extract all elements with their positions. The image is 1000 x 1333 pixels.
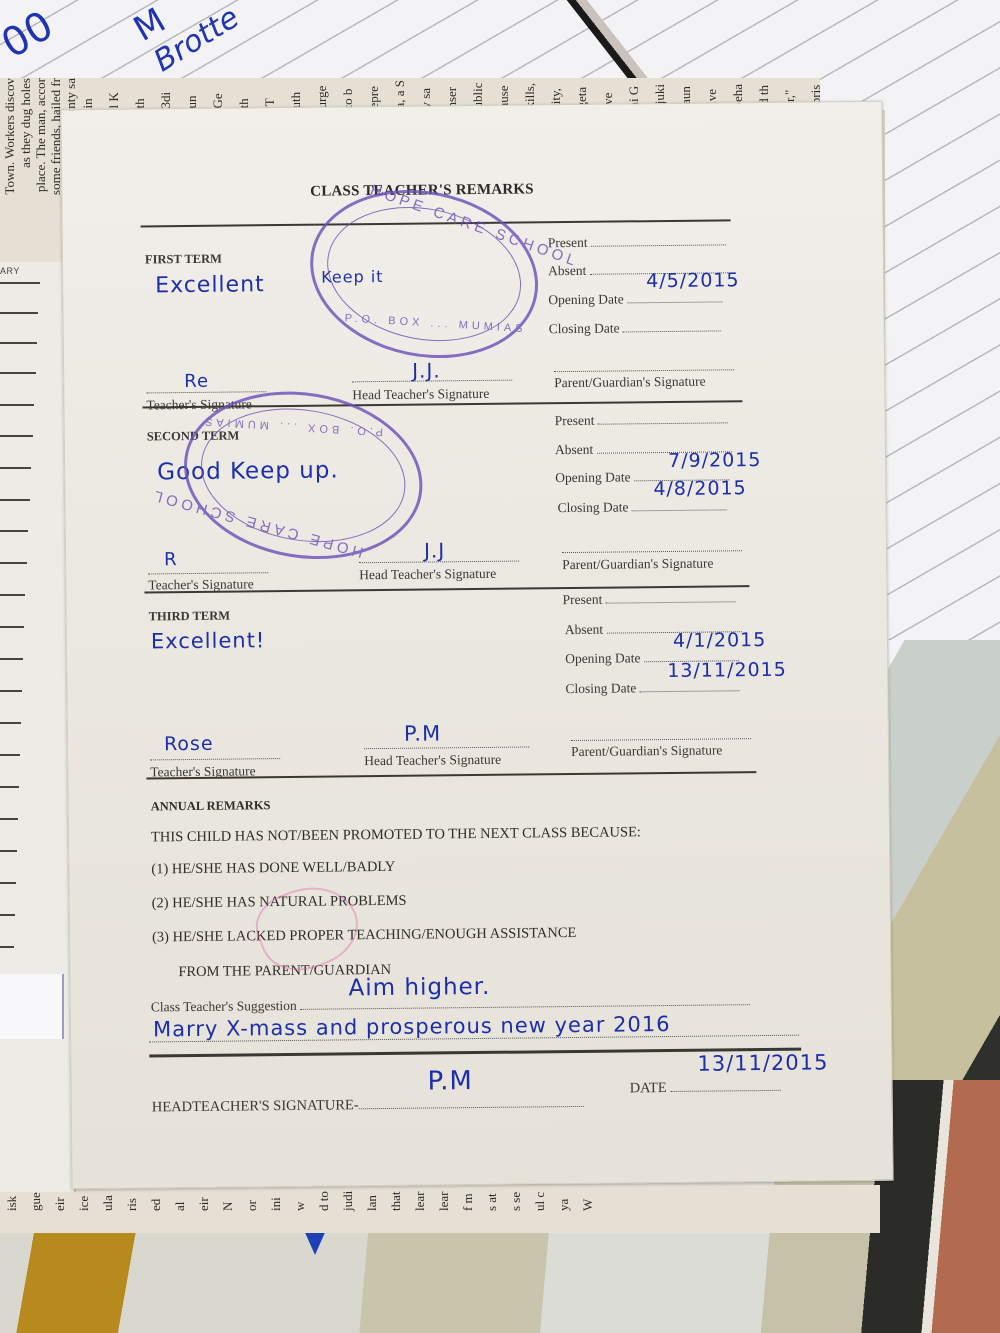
opening-date-value: 4/5/2015 — [646, 269, 740, 292]
rule-line — [0, 914, 15, 916]
date-label: DATE — [630, 1080, 667, 1096]
news-fragment: d to — [316, 1189, 332, 1211]
rule-line — [0, 850, 17, 852]
news-fragment: N — [220, 1189, 236, 1211]
term-label: THIRD TERM — [149, 609, 231, 625]
report-card-page: CLASS TEACHER'S REMARKS FIRST TERM Excel… — [60, 101, 893, 1190]
signature-line — [146, 391, 266, 393]
headteacher-signature-value: P.M — [427, 1066, 473, 1096]
rule-line — [0, 594, 25, 596]
rule-line — [0, 786, 19, 788]
rule-line — [0, 722, 21, 724]
news-fragment: ed — [148, 1189, 164, 1211]
suggestion-label: Class Teacher's Suggestion — [151, 998, 297, 1015]
news-fragment: un — [184, 80, 200, 109]
parent-signature-label: Parent/Guardian's Signature — [554, 374, 705, 392]
white-band — [0, 974, 64, 1039]
news-fragment: th — [236, 80, 252, 109]
term-label: FIRST TERM — [145, 252, 222, 268]
news-fragment: f m — [460, 1189, 476, 1211]
news-fragment: ula — [100, 1189, 116, 1211]
news-fragment: to b — [340, 80, 356, 109]
news-fragment: lan — [364, 1189, 380, 1211]
news-fragment: Ge — [210, 80, 226, 109]
present-field: Present — [562, 590, 735, 608]
date-value: 13/11/2015 — [697, 1050, 828, 1075]
news-fragment: lear — [412, 1189, 428, 1211]
rule-line — [0, 499, 30, 501]
rule-line — [0, 312, 38, 314]
present-value — [606, 590, 736, 603]
closing-date-label: Closing Date — [557, 499, 628, 515]
school-stamp: HOPE CARE SCHOOL P.O. BOX ... MUMIAS — [295, 170, 553, 377]
news-fragment: that — [388, 1189, 404, 1211]
parent-signature-label: Parent/Guardian's Signature — [562, 556, 713, 574]
head-teacher-signature-value: J.J. — [412, 358, 441, 382]
date-field: DATE — [630, 1079, 781, 1098]
news-fragment: ya — [556, 1189, 572, 1211]
news-fragment: ini — [268, 1189, 284, 1211]
news-fragment: 3di — [158, 80, 174, 109]
rule-line — [0, 690, 22, 692]
signature-line — [359, 561, 519, 564]
present-value — [598, 411, 728, 424]
present-label: Present — [562, 592, 602, 607]
news-fragment: a, a S — [392, 80, 408, 109]
teacher-signature-value: Rose — [164, 733, 214, 756]
signature-line — [148, 572, 268, 574]
rule-line — [0, 342, 37, 344]
headteacher-signature-dots — [359, 1095, 584, 1109]
parent-signature-label: Parent/Guardian's Signature — [571, 742, 722, 760]
news-fragment: s se — [508, 1189, 524, 1211]
head-teacher-signature-label: Head Teacher's Signature — [364, 752, 501, 769]
term-remark: Excellent — [155, 272, 265, 298]
news-fragment: eir — [196, 1189, 212, 1211]
news-fragment: l K — [106, 80, 122, 109]
opening-date-label: Opening Date — [548, 291, 624, 307]
news-fragment: judi — [340, 1189, 356, 1211]
rule-line — [0, 658, 23, 660]
rule-line — [0, 467, 31, 469]
absent-label: Absent — [565, 622, 603, 637]
absent-label: Absent — [555, 442, 593, 457]
opening-date-value: 4/1/2015 — [673, 629, 767, 652]
news-fragment: ul c — [532, 1189, 548, 1211]
reason-item: (3) HE/SHE LACKED PROPER TEACHING/ENOUGH… — [152, 925, 576, 946]
news-fragment: epre — [366, 80, 382, 109]
rule-line — [0, 282, 40, 284]
news-fragment: th — [132, 80, 148, 109]
closing-date-label: Closing Date — [549, 320, 620, 336]
rule-line — [0, 882, 16, 884]
signature-line — [150, 758, 280, 760]
news-fragment: al — [172, 1189, 188, 1211]
rule-line — [0, 372, 36, 374]
present-field: Present — [555, 411, 728, 429]
opening-date-value: 7/9/2015 — [668, 449, 762, 472]
closing-date-field: Closing Date — [565, 679, 739, 697]
news-fragment: ice — [76, 1189, 92, 1211]
closing-date-field: Closing Date — [557, 498, 726, 516]
news-fragment: y sa — [418, 80, 434, 109]
term-remark: Excellent! — [151, 628, 266, 653]
closing-date-field: Closing Date — [549, 319, 721, 337]
previous-page-label: ARY — [0, 266, 20, 276]
report-card-content: CLASS TEACHER'S REMARKS FIRST TERM Excel… — [139, 103, 770, 1187]
closing-date-value: 4/8/2015 — [653, 477, 747, 500]
promotion-statement: THIS CHILD HAS NOT/BEEN PROMOTED TO THE … — [151, 824, 641, 846]
rule-line — [0, 626, 24, 628]
news-fragment: gue, — [28, 1189, 44, 1211]
opening-date-dots — [627, 290, 722, 303]
head-teacher-signature-value: J.J — [424, 538, 445, 562]
news-fragment: in — [80, 80, 96, 109]
closing-date-value: 13/11/2015 — [667, 659, 787, 682]
news-fragment: s at — [484, 1189, 500, 1211]
news-fragment: ris — [124, 1189, 140, 1211]
news-line: place. The man, accor — [33, 78, 48, 192]
date-dots — [670, 1079, 780, 1092]
signature-line — [571, 738, 751, 741]
newspaper-strip-bottom: iskgue,eiriceularisedaleirNoriniwd tojud… — [0, 1185, 880, 1233]
news-fragment: urge — [314, 80, 330, 109]
news-line: Town. Workers discov — [2, 78, 17, 195]
news-fragment: w — [292, 1189, 308, 1211]
suggestion-line-1: Aim higher. — [348, 974, 490, 1001]
opening-date-field: Opening Date — [548, 290, 722, 308]
head-teacher-signature-label: Head Teacher's Signature — [352, 386, 489, 403]
news-line: as they dug holes — [18, 78, 33, 168]
annual-remarks-heading: ANNUAL REMARKS — [151, 798, 271, 814]
rule-line — [0, 435, 33, 437]
rule-line — [0, 818, 18, 820]
rule-line — [0, 530, 28, 532]
news-fragment: or — [244, 1189, 260, 1211]
closing-date-dots — [632, 498, 727, 511]
present-label: Present — [555, 413, 595, 428]
rule-line — [0, 754, 20, 756]
opening-date-label: Opening Date — [565, 650, 641, 666]
news-fragment: uth — [288, 80, 304, 109]
closing-date-value — [623, 319, 721, 332]
news-fragment: isk — [4, 1189, 20, 1211]
present-field: Present — [548, 233, 726, 251]
headteacher-signature-label: HEADTEACHER'S SIGNATURE- — [152, 1097, 359, 1115]
rule-line — [0, 562, 27, 564]
reason-item: (1) HE/SHE HAS DONE WELL/BADLY — [151, 859, 395, 879]
present-value — [591, 233, 726, 246]
headteacher-signature-field: HEADTEACHER'S SIGNATURE- — [152, 1095, 584, 1117]
rule-line — [0, 404, 34, 406]
news-fragment: 'T — [262, 80, 278, 109]
closing-date-label: Closing Date — [565, 680, 636, 696]
teacher-signature-value: R — [164, 549, 178, 570]
signature-line — [364, 746, 529, 749]
signature-line — [554, 369, 734, 372]
head-teacher-signature-label: Head Teacher's Signature — [359, 566, 496, 583]
rule-line — [0, 946, 14, 948]
signature-line — [562, 550, 742, 553]
news-fragment: lear — [436, 1189, 452, 1211]
opening-date-label: Opening Date — [555, 469, 631, 485]
news-fragment: eir — [52, 1189, 68, 1211]
news-fragment: W — [580, 1189, 596, 1211]
teacher-signature-value: Re — [184, 371, 209, 392]
head-teacher-signature-value: P.M — [404, 721, 441, 745]
